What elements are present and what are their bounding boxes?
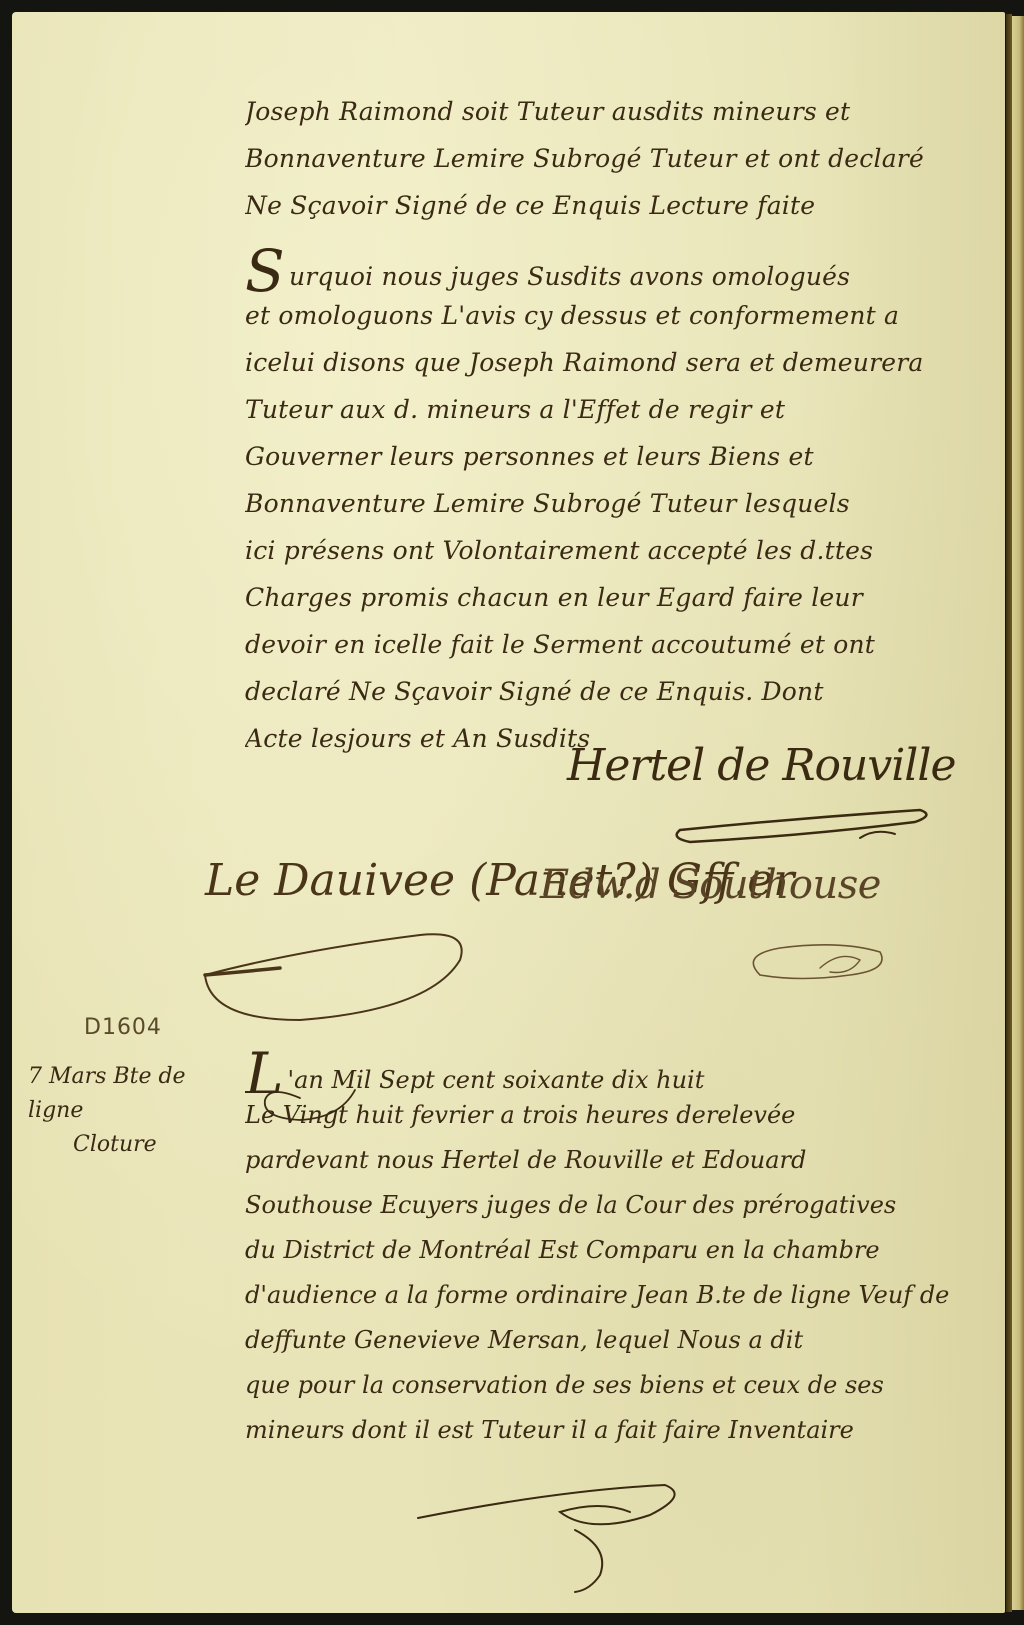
- text-line: Ne Sçavoir Signé de ce Enquis Lecture fa…: [245, 182, 965, 229]
- text-line: Gouverner leurs personnes et leurs Biens…: [245, 433, 965, 480]
- text-line: Tuteur aux d. mineurs a l'Effet de regir…: [245, 386, 965, 433]
- text-line: et omologuons L'avis cy dessus et confor…: [245, 292, 965, 339]
- text-line: ici présens ont Volontairement accepté l…: [245, 527, 965, 574]
- text-line: icelui disons que Joseph Raimond sera et…: [245, 339, 965, 386]
- text-line: pardevant nous Hertel de Rouville et Edo…: [245, 1138, 965, 1183]
- text-line: Southouse Ecuyers juges de la Cour des p…: [245, 1183, 965, 1228]
- text-line: Charges promis chacun en leur Egard fair…: [245, 574, 965, 621]
- text-line: declaré Ne Sçavoir Signé de ce Enquis. D…: [245, 668, 965, 715]
- act-first-line: L'an Mil Sept cent soixante dix huit: [245, 1048, 965, 1093]
- text-line: que pour la conservation de ses biens et…: [245, 1363, 965, 1408]
- text-line: devoir en icelle fait le Serment accoutu…: [245, 621, 965, 668]
- decorative-initial-l: L: [245, 1054, 284, 1093]
- text-line: 'an Mil Sept cent soixante dix huit: [288, 1066, 705, 1093]
- judgment-text-block: Joseph Raimond soit Tuteur ausdits mineu…: [245, 88, 965, 762]
- signature-southouse: Edw.d Southouse: [540, 862, 881, 908]
- text-line: Le Vingt huit fevrier a trois heures der…: [245, 1093, 965, 1138]
- margin-note-line: 7 Mars Bte de ligne: [28, 1060, 238, 1128]
- text-line: deffunte Genevieve Mersan, lequel Nous a…: [245, 1318, 965, 1363]
- margin-note: 7 Mars Bte de ligne Cloture: [28, 1060, 238, 1162]
- inventory-act-text-block: L'an Mil Sept cent soixante dix huit Le …: [245, 1048, 965, 1453]
- decorative-initial-s: S: [245, 251, 285, 291]
- margin-note-line: Cloture: [28, 1128, 238, 1162]
- text-line: du District de Montréal Est Comparu en l…: [245, 1228, 965, 1273]
- page-edge-stack: [1012, 16, 1024, 1610]
- judgment-first-line: Surquoi nous juges Susdits avons omologu…: [245, 245, 965, 292]
- text-line: mineurs dont il est Tuteur il a fait fai…: [245, 1408, 965, 1453]
- text-line: Joseph Raimond soit Tuteur ausdits mineu…: [245, 88, 965, 135]
- text-line: Bonnaventure Lemire Subrogé Tuteur lesqu…: [245, 480, 965, 527]
- archive-reference-number: D1604: [84, 1015, 162, 1040]
- signature-hertel-de-rouville: Hertel de Rouville: [567, 740, 955, 791]
- text-line: d'audience a la forme ordinaire Jean B.t…: [245, 1273, 965, 1318]
- text-line: Bonnaventure Lemire Subrogé Tuteur et on…: [245, 135, 965, 182]
- text-line: urquoi nous juges Susdits avons omologué…: [289, 262, 850, 291]
